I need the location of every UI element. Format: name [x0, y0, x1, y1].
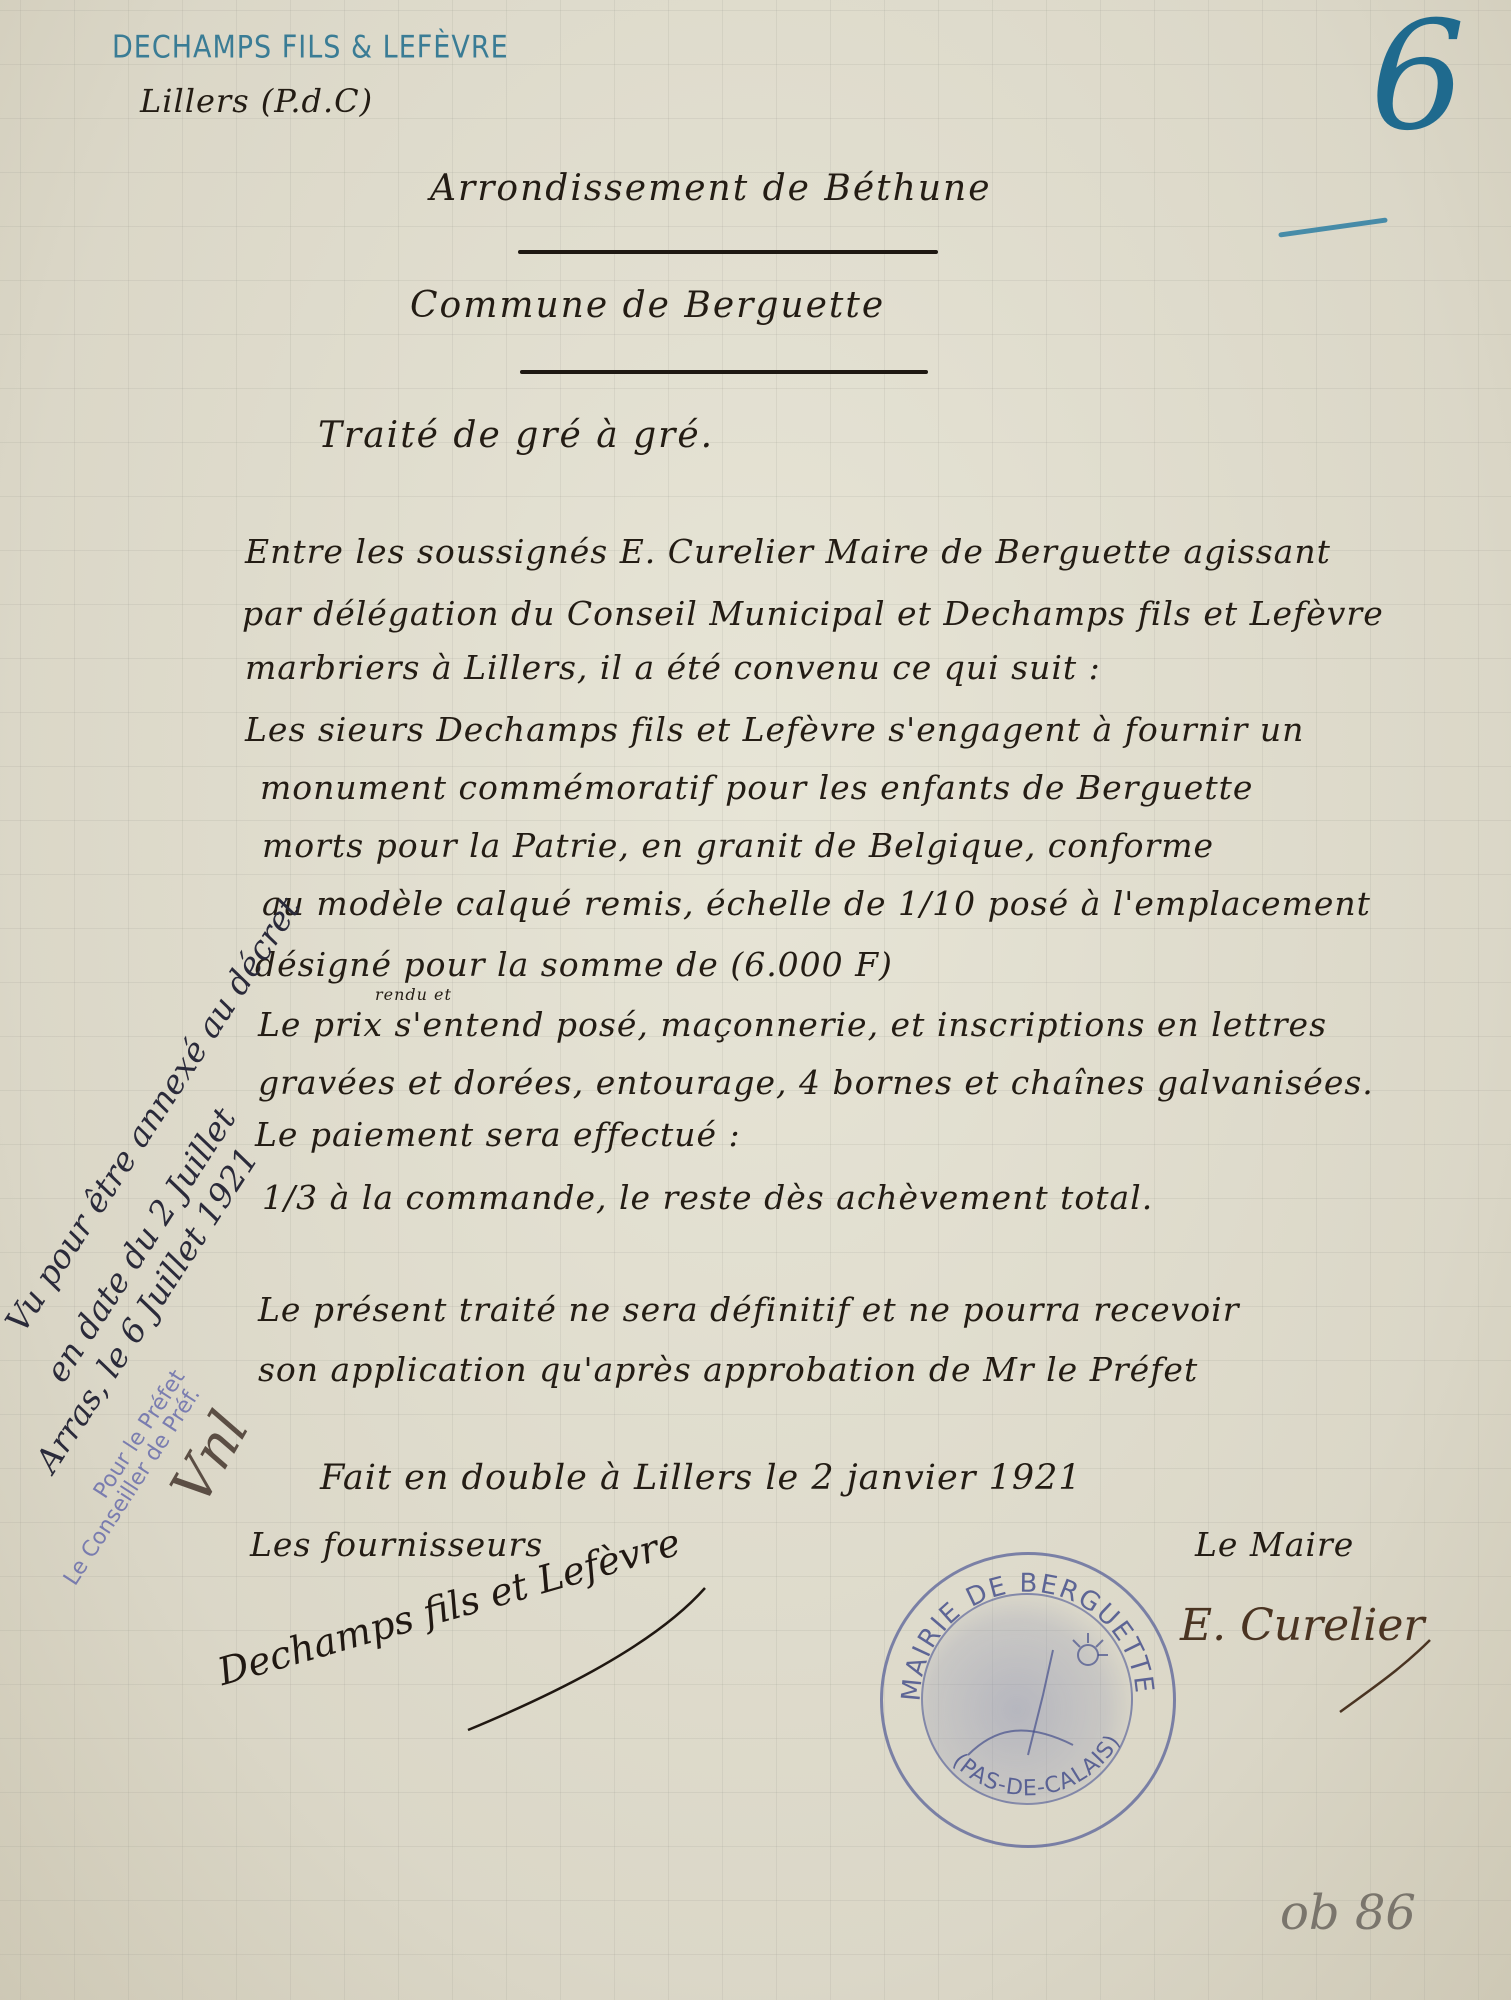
- folio-number: 6: [1370, 0, 1465, 164]
- svg-text:MAIRIE DE BERGUETTE: MAIRIE DE BERGUETTE: [896, 1569, 1159, 1703]
- pencil-note: ob 86: [1280, 1885, 1416, 1941]
- signature-flourish: [460, 1580, 730, 1740]
- closing-line: Le présent traité ne sera définitif et n…: [258, 1290, 1239, 1329]
- body-line: Entre les soussignés E. Curelier Maire d…: [245, 532, 1331, 571]
- svg-text:(PAS-DE-CALAIS): (PAS-DE-CALAIS): [947, 1730, 1125, 1801]
- folio-underline: [1278, 217, 1388, 237]
- body-line: monument commémoratif pour les enfants d…: [260, 768, 1253, 807]
- closing-line: son application qu'après approbation de …: [258, 1350, 1198, 1389]
- body-line: Le prix s'entend posé, maçonnerie, et in…: [258, 1005, 1327, 1044]
- letterhead-place: Lillers (P.d.C): [140, 82, 373, 120]
- body-line: Les sieurs Dechamps fils et Lefèvre s'en…: [245, 710, 1304, 749]
- mairie-seal: MAIRIE DE BERGUETTE (PAS-DE-CALAIS): [880, 1552, 1176, 1848]
- body-line: Le paiement sera effectué :: [255, 1115, 741, 1154]
- document-title: Traité de gré à gré.: [318, 415, 714, 456]
- body-line: marbriers à Lillers, il a été convenu ce…: [245, 648, 1101, 687]
- body-line: morts pour la Patrie, en granit de Belgi…: [262, 826, 1214, 865]
- place-date: Fait en double à Lillers le 2 janvier 19…: [320, 1458, 1082, 1498]
- mayor-label: Le Maire: [1195, 1525, 1354, 1564]
- seal-text-ring: MAIRIE DE BERGUETTE (PAS-DE-CALAIS): [883, 1555, 1173, 1845]
- body-line: désigné pour la somme de (6.000 F): [255, 945, 893, 984]
- mayor-signature-flourish: [1330, 1630, 1440, 1720]
- body-line: gravées et dorées, entourage, 4 bornes e…: [258, 1063, 1374, 1102]
- heading-rule-1: [518, 250, 938, 254]
- body-line: par délégation du Conseil Municipal et D…: [242, 594, 1384, 633]
- suppliers-label: Les fournisseurs: [250, 1525, 543, 1564]
- arrondissement-heading: Arrondissement de Béthune: [430, 168, 992, 209]
- commune-heading: Commune de Berguette: [410, 285, 885, 326]
- heading-rule-2: [520, 370, 928, 374]
- body-line: au modèle calqué remis, échelle de 1/10 …: [262, 884, 1371, 923]
- insertion-note: rendu et: [375, 985, 452, 1004]
- body-line: 1/3 à la commande, le reste dès achèveme…: [262, 1178, 1153, 1217]
- document-page: DECHAMPS FILS & LEFÈVRE Lillers (P.d.C) …: [0, 0, 1511, 2000]
- company-stamp: DECHAMPS FILS & LEFÈVRE: [112, 30, 509, 66]
